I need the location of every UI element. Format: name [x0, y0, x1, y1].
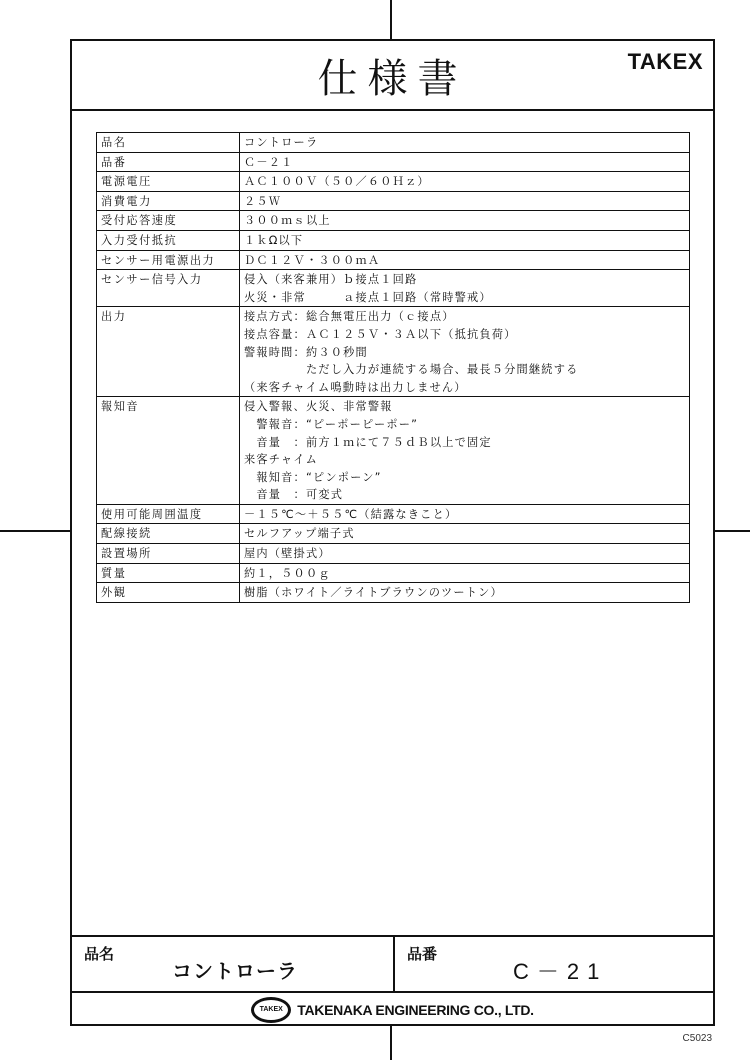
spec-value-line: 音量 ：可変式	[244, 486, 685, 504]
crop-mark-right	[713, 530, 750, 532]
table-row: 電源電圧ＡＣ１００Ｖ（５０／６０Ｈｚ）	[97, 172, 690, 192]
spec-value: ＤＣ１２Ｖ・３００ｍＡ	[240, 250, 690, 270]
spec-value-line: Ｃ－２１	[244, 154, 685, 172]
spec-value: 侵入警報、火災、非常警報 警報音：“ピーポーピーポー” 音量 ：前方１ｍにて７５…	[240, 397, 690, 505]
table-row: 使用可能周囲温度－１５℃～＋５５℃（結露なきこと）	[97, 504, 690, 524]
spec-value-line: 屋内（壁掛式）	[244, 545, 685, 563]
crop-mark-left	[0, 530, 70, 532]
table-row: 消費電力２５Ｗ	[97, 191, 690, 211]
spec-value-line: 火災・非常 ａ接点１回路（常時警戒）	[244, 289, 685, 307]
table-row: 受付応答速度３００ｍｓ以上	[97, 211, 690, 231]
table-row: センサー信号入力侵入（来客兼用）ｂ接点１回路火災・非常 ａ接点１回路（常時警戒）	[97, 270, 690, 307]
spec-table: 品名コントローラ品番Ｃ－２１電源電圧ＡＣ１００Ｖ（５０／６０Ｈｚ）消費電力２５Ｗ…	[96, 132, 690, 603]
page-title: 仕様書	[72, 47, 713, 104]
spec-value: コントローラ	[240, 133, 690, 153]
spec-key: センサー用電源出力	[97, 250, 240, 270]
spec-value: ＡＣ１００Ｖ（５０／６０Ｈｚ）	[240, 172, 690, 192]
spec-value-line: 音量 ：前方１ｍにて７５ｄＢ以上で固定	[244, 434, 685, 452]
spec-key: 設置場所	[97, 544, 240, 564]
brand-logo: TAKEX	[628, 49, 703, 75]
table-row: 報知音侵入警報、火災、非常警報 警報音：“ピーポーピーポー” 音量 ：前方１ｍに…	[97, 397, 690, 505]
spec-value: １ｋΩ以下	[240, 230, 690, 250]
takex-logo-icon: TAKEX	[251, 997, 291, 1023]
spec-value: 侵入（来客兼用）ｂ接点１回路火災・非常 ａ接点１回路（常時警戒）	[240, 270, 690, 307]
table-row: 品番Ｃ－２１	[97, 152, 690, 172]
spec-key: 外観	[97, 583, 240, 603]
spec-value-line: 約１，５００ｇ	[244, 565, 685, 583]
spec-value-line: １ｋΩ以下	[244, 232, 685, 250]
table-row: 配線接続セルフアップ端子式	[97, 524, 690, 544]
crop-mark-bottom	[390, 1024, 392, 1060]
spec-value-line: ＡＣ１００Ｖ（５０／６０Ｈｚ）	[244, 173, 685, 191]
spec-value-line: －１５℃～＋５５℃（結露なきこと）	[244, 506, 685, 524]
spec-key: 受付応答速度	[97, 211, 240, 231]
product-name-value: コントローラ	[172, 955, 298, 984]
spec-value-line: 来客チャイム	[244, 451, 685, 469]
header: 仕様書 TAKEX	[72, 41, 713, 111]
table-row: 出力接点方式：総合無電圧出力（ｃ接点）接点容量：ＡＣ１２５Ｖ・３Ａ以下（抵抗負荷…	[97, 307, 690, 397]
spec-value-line: 樹脂（ホワイト／ライトブラウンのツートン）	[244, 584, 685, 602]
model-number-label: 品番	[407, 943, 437, 964]
spec-key: 質量	[97, 563, 240, 583]
model-number-value: C－21	[513, 955, 607, 986]
spec-value-line: 報知音：“ピンポーン”	[244, 469, 685, 487]
spec-key: 品番	[97, 152, 240, 172]
spec-value-line: コントローラ	[244, 134, 685, 152]
product-name-label: 品名	[84, 943, 114, 964]
spec-key: 配線接続	[97, 524, 240, 544]
spec-key: 入力受付抵抗	[97, 230, 240, 250]
spec-value: Ｃ－２１	[240, 152, 690, 172]
table-row: センサー用電源出力ＤＣ１２Ｖ・３００ｍＡ	[97, 250, 690, 270]
spec-value: 接点方式：総合無電圧出力（ｃ接点）接点容量：ＡＣ１２５Ｖ・３Ａ以下（抵抗負荷）警…	[240, 307, 690, 397]
spec-value-line: 侵入（来客兼用）ｂ接点１回路	[244, 271, 685, 289]
spec-value: －１５℃～＋５５℃（結露なきこと）	[240, 504, 690, 524]
spec-value-line: （来客チャイム鳴動時は出力しません）	[244, 379, 685, 397]
spec-value: 樹脂（ホワイト／ライトブラウンのツートン）	[240, 583, 690, 603]
spec-value: 約１，５００ｇ	[240, 563, 690, 583]
spec-value-line: 警報音：“ピーポーピーポー”	[244, 416, 685, 434]
spec-key: 使用可能周囲温度	[97, 504, 240, 524]
table-row: 外観樹脂（ホワイト／ライトブラウンのツートン）	[97, 583, 690, 603]
spec-value-line: 侵入警報、火災、非常警報	[244, 398, 685, 416]
spec-key: 消費電力	[97, 191, 240, 211]
spec-value-line: ＤＣ１２Ｖ・３００ｍＡ	[244, 252, 685, 270]
spec-value-line: ３００ｍｓ以上	[244, 212, 685, 230]
spec-value: ２５Ｗ	[240, 191, 690, 211]
document-code: C5023	[683, 1033, 712, 1044]
spec-value-line: 警報時間：約３０秒間	[244, 344, 685, 362]
table-row: 設置場所屋内（壁掛式）	[97, 544, 690, 564]
spec-value-line: 接点方式：総合無電圧出力（ｃ接点）	[244, 308, 685, 326]
table-row: 質量約１，５００ｇ	[97, 563, 690, 583]
spec-key: 電源電圧	[97, 172, 240, 192]
table-row: 入力受付抵抗１ｋΩ以下	[97, 230, 690, 250]
spec-value: ３００ｍｓ以上	[240, 211, 690, 231]
spec-sheet-frame: 仕様書 TAKEX 品名コントローラ品番Ｃ－２１電源電圧ＡＣ１００Ｖ（５０／６０…	[70, 39, 715, 1026]
spec-value: 屋内（壁掛式）	[240, 544, 690, 564]
spec-key: 出力	[97, 307, 240, 397]
spec-value: セルフアップ端子式	[240, 524, 690, 544]
table-row: 品名コントローラ	[97, 133, 690, 153]
company-banner: TAKEX TAKENAKA ENGINEERING CO., LTD.	[72, 993, 713, 1026]
crop-mark-top	[390, 0, 392, 39]
spec-key: センサー信号入力	[97, 270, 240, 307]
spec-key: 報知音	[97, 397, 240, 505]
spec-value-line: ただし入力が連続する場合、最長５分間継続する	[244, 361, 685, 379]
footer: 品名 コントローラ 品番 C－21 TAKEX TAKENAKA ENGINEE…	[72, 935, 713, 1026]
footer-model-number: 品番 C－21	[395, 937, 713, 993]
spec-key: 品名	[97, 133, 240, 153]
company-name: TAKENAKA ENGINEERING CO., LTD.	[297, 1002, 534, 1018]
spec-value-line: セルフアップ端子式	[244, 525, 685, 543]
spec-value-line: 接点容量：ＡＣ１２５Ｖ・３Ａ以下（抵抗負荷）	[244, 326, 685, 344]
footer-product-name: 品名 コントローラ	[72, 937, 395, 993]
spec-value-line: ２５Ｗ	[244, 193, 685, 211]
